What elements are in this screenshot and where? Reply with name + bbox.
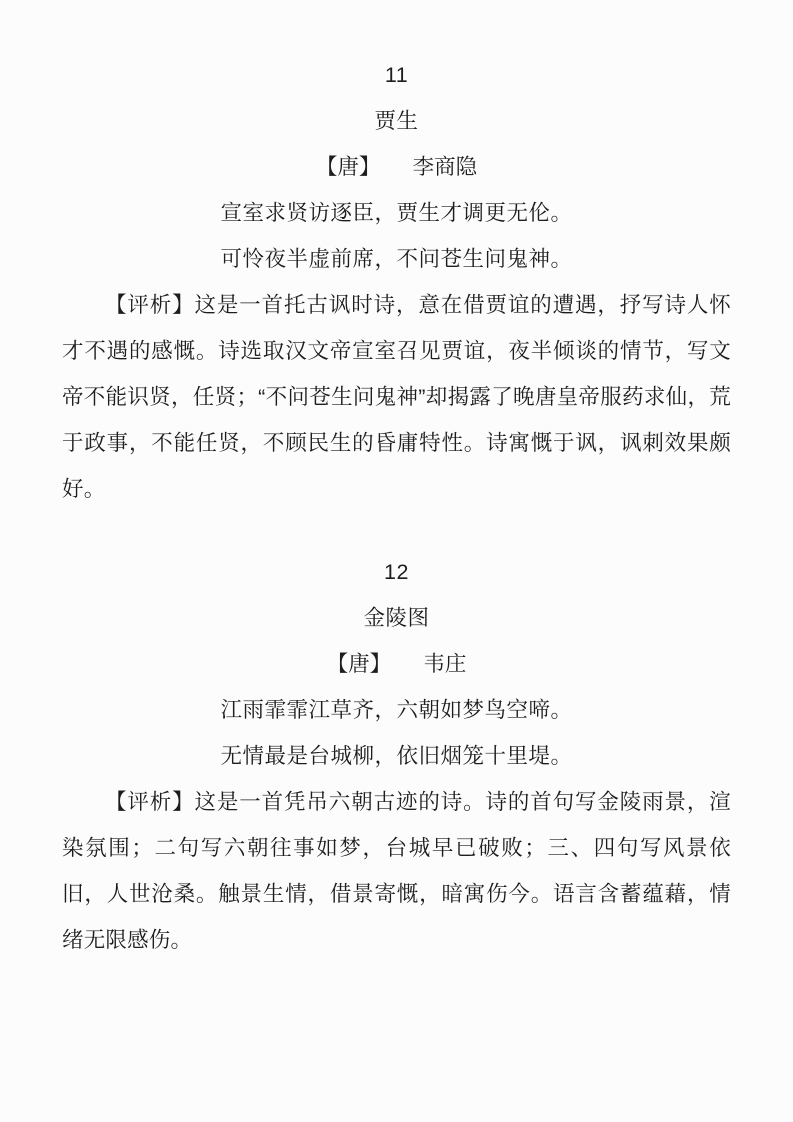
poem-author: 李商隐 [413,144,478,190]
poem-byline: 【唐】 李商隐 [62,144,731,190]
poem-section-11: 11 贾生 【唐】 李商隐 宣室求贤访逐臣，贾生才调更无伦。 可怜夜半虚前席，不… [62,52,731,512]
poem-commentary: 【评析】这是一首托古讽时诗，意在借贾谊的遭遇，抒写诗人怀才不遇的感慨。诗选取汉文… [62,282,731,512]
poem-byline: 【唐】 韦庄 [62,641,731,687]
page-content: 11 贾生 【唐】 李商隐 宣室求贤访逐臣，贾生才调更无伦。 可怜夜半虚前席，不… [0,0,793,963]
poem-title: 金陵图 [62,595,731,641]
poem-number: 11 [62,52,731,98]
document-page: 11 贾生 【唐】 李商隐 宣室求贤访逐臣，贾生才调更无伦。 可怜夜半虚前席，不… [0,0,793,1122]
poem-author: 韦庄 [423,641,466,687]
poem-dynasty: 【唐】 [316,144,381,190]
poem-line: 宣室求贤访逐臣，贾生才调更无伦。 [62,190,731,236]
poem-number: 12 [62,549,731,595]
poem-commentary: 【评析】这是一首凭吊六朝古迹的诗。诗的首句写金陵雨景，渲染氛围；二句写六朝往事如… [62,779,731,963]
poem-line: 可怜夜半虚前席，不问苍生问鬼神。 [62,236,731,282]
poem-line: 无情最是台城柳，依旧烟笼十里堤。 [62,733,731,779]
poem-section-12: 12 金陵图 【唐】 韦庄 江雨霏霏江草齐，六朝如梦鸟空啼。 无情最是台城柳，依… [62,549,731,963]
poem-line: 江雨霏霏江草齐，六朝如梦鸟空啼。 [62,687,731,733]
poem-title: 贾生 [62,98,731,144]
poem-dynasty: 【唐】 [327,641,392,687]
